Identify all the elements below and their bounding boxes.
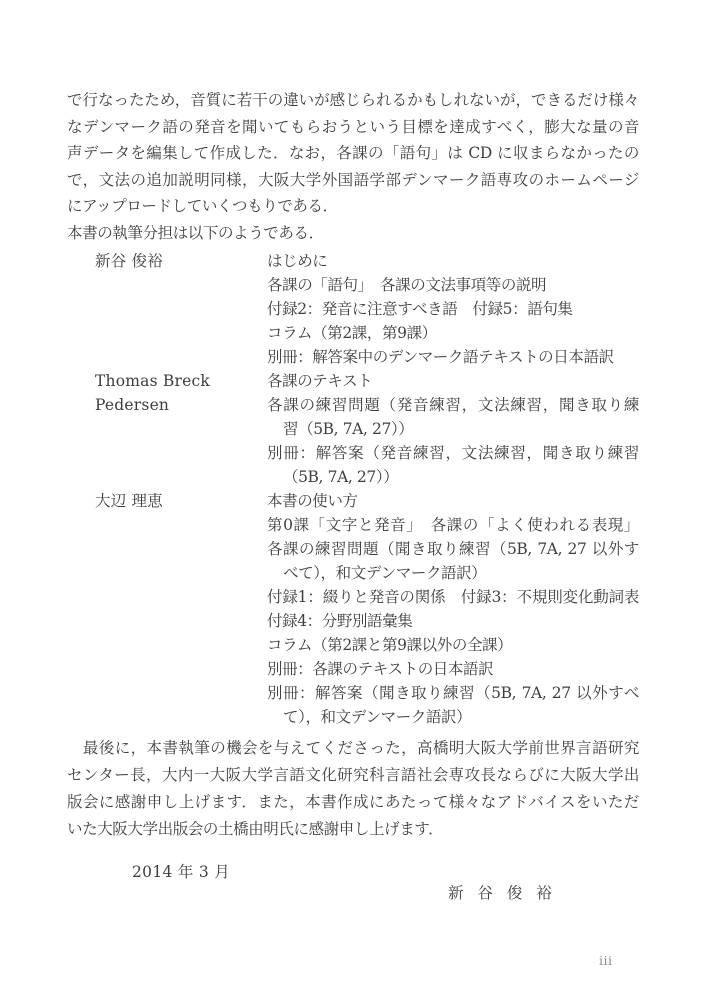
text-line: 第0課「文字と発音」 各課の「よく使われる表現」	[267, 513, 639, 537]
text-line: 各課の「語句」 各課の文法事項等の説明	[267, 273, 639, 297]
text-line: 付録1：綴りと発音の関係 付録3：不規則変化動詞表	[267, 585, 639, 609]
text-line: 習（5B, 7A, 27））	[267, 417, 639, 441]
text-line: で，文法の追加説明同様，大阪大学外国語学部デンマーク語専攻のホームページ	[67, 167, 639, 194]
text-line: て），和文デンマーク語訳）	[267, 705, 639, 729]
text-line: 各課の練習問題（聞き取り練習（5B, 7A, 27 以外す	[267, 537, 639, 561]
contributor-row: 大辺 理恵 本書の使い方第0課「文字と発音」 各課の「よく使われる表現」各課の練…	[67, 489, 639, 729]
text-line: コラム（第2課，第9課）	[267, 321, 639, 345]
contributor-row: 新谷 俊裕 はじめに各課の「語句」 各課の文法事項等の説明付録2：発音に注意すべ…	[67, 249, 639, 369]
page-number: iii	[599, 953, 613, 968]
contributor-items: 各課のテキスト各課の練習問題（発音練習，文法練習，聞き取り練習（5B, 7A, …	[267, 369, 639, 489]
text-line: 別冊：解答案中のデンマーク語テキストの日本語訳	[267, 345, 639, 369]
contributors-section: 新谷 俊裕 はじめに各課の「語句」 各課の文法事項等の説明付録2：発音に注意すべ…	[67, 249, 639, 729]
text-line: 別冊：解答案（聞き取り練習（5B, 7A, 27 以外すべ	[267, 681, 639, 705]
intro-paragraph: で行なったため，音質に若干の違いが感じられるかもしれないが，できるだけ様々なデン…	[67, 87, 639, 247]
contributor-items: はじめに各課の「語句」 各課の文法事項等の説明付録2：発音に注意すべき語 付録5…	[267, 249, 639, 369]
text-line: 各課の練習問題（発音練習，文法練習，聞き取り練	[267, 393, 639, 417]
contributor-row: Thomas Breck Pedersen 各課のテキスト各課の練習問題（発音練…	[67, 369, 639, 489]
text-line: 声データを編集して作成した．なお，各課の「語句」は CD に収まらなかったの	[67, 140, 639, 167]
text-line: コラム（第2課と第9課以外の全課）	[267, 633, 639, 657]
signature-name: 新 谷 俊 裕	[448, 881, 553, 903]
text-line: 本書の使い方	[267, 489, 639, 513]
text-line: 版会に感謝申し上げます．また，本書作成にあたって様々なアドバイスをいただ	[67, 789, 639, 816]
text-line: 各課のテキスト	[267, 369, 639, 393]
text-line: センター長，大内一大阪大学言語文化研究科言語社会専攻長ならびに大阪大学出	[67, 762, 639, 789]
text-line: はじめに	[267, 249, 639, 273]
text-line: いた大阪大学出版会の土橋由明氏に感謝申し上げます．	[67, 816, 639, 843]
text-line: （5B, 7A, 27））	[267, 465, 639, 489]
text-line: 付録4：分野別語彙集	[267, 609, 639, 633]
contributor-items: 本書の使い方第0課「文字と発音」 各課の「よく使われる表現」各課の練習問題（聞き…	[267, 489, 639, 729]
text-line: にアップロードしていくつもりである．	[67, 193, 639, 220]
text-line: べて），和文デンマーク語訳）	[267, 561, 639, 585]
contributor-name: 大辺 理恵	[67, 489, 267, 513]
document-page: で行なったため，音質に若干の違いが感じられるかもしれないが，できるだけ様々なデン…	[0, 0, 705, 1000]
text-line: 本書の執筆分担は以下のようである．	[67, 220, 639, 247]
text-line: で行なったため，音質に若干の違いが感じられるかもしれないが，できるだけ様々	[67, 87, 639, 114]
text-line: 付録2：発音に注意すべき語 付録5：語句集	[267, 297, 639, 321]
text-line: 別冊：解答案（発音練習，文法練習，聞き取り練習	[267, 441, 639, 465]
closing-paragraph: 最後に，本書執筆の機会を与えてくださった，高橋明大阪大学前世界言語研究センター長…	[67, 735, 639, 843]
text-line: なデンマーク語の発音を聞いてもらおうという目標を達成すべく，膨大な量の音	[67, 114, 639, 141]
contributor-name: 新谷 俊裕	[67, 249, 267, 273]
text-line: 最後に，本書執筆の機会を与えてくださった，高橋明大阪大学前世界言語研究	[67, 735, 639, 762]
date-line: 2014 年 3 月	[132, 860, 230, 882]
text-line: 別冊：各課のテキストの日本語訳	[267, 657, 639, 681]
contributor-name: Thomas Breck Pedersen	[67, 369, 267, 417]
